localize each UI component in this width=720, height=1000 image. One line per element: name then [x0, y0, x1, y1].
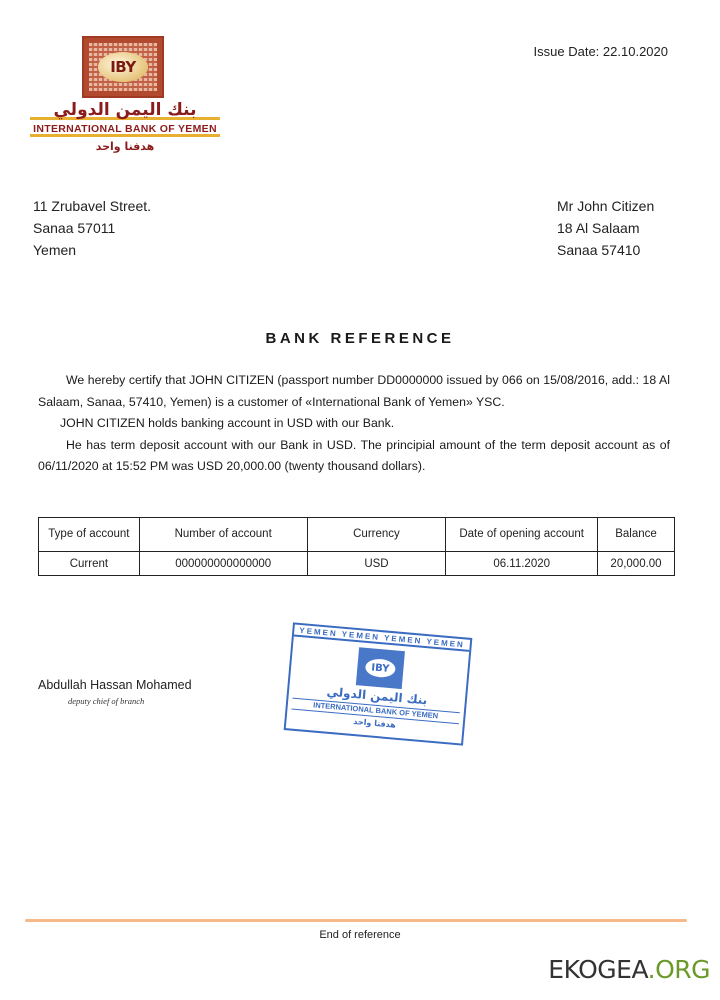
emblem-pattern: IBY — [89, 43, 157, 91]
table-row: Current 000000000000000 USD 06.11.2020 2… — [39, 552, 675, 576]
sender-address: 11 Zrubavel Street. Sanaa 57011 Yemen — [33, 195, 151, 261]
document-body: We hereby certify that JOHN CITIZEN (pas… — [38, 370, 670, 478]
watermark-suffix: .ORG — [648, 955, 710, 984]
column-header: Number of account — [139, 518, 307, 552]
issue-date-label: Issue Date: — [534, 44, 600, 59]
stamp-band-text: YEMEN YEMEN YEMEN YEMEN — [294, 625, 470, 652]
table-header-row: Type of account Number of account Curren… — [39, 518, 675, 552]
column-header: Date of opening account — [446, 518, 598, 552]
bank-name-english: International Bank of Yemen — [30, 123, 220, 137]
bank-slogan: هدفنا واحد — [30, 140, 220, 154]
recipient-address-line: 18 Al Salaam — [557, 217, 654, 239]
body-paragraph: JOHN CITIZEN holds banking account in US… — [38, 413, 670, 435]
column-header: Currency — [307, 518, 446, 552]
recipient-address: Mr John Citizen 18 Al Salaam Sanaa 57410 — [557, 195, 654, 261]
issue-date: Issue Date: 22.10.2020 — [534, 44, 668, 59]
column-header: Type of account — [39, 518, 140, 552]
bank-logo: IBY بنك اليمن الدولي International Bank … — [30, 36, 220, 156]
bank-name-arabic: بنك اليمن الدولي — [30, 100, 220, 120]
bank-stamp: YEMEN YEMEN YEMEN YEMEN IBY بنك اليمن ال… — [284, 622, 473, 745]
body-paragraph: We hereby certify that JOHN CITIZEN (pas… — [38, 370, 670, 413]
account-balance: 20,000.00 — [598, 552, 675, 576]
sender-address-line: 11 Zrubavel Street. — [33, 195, 151, 217]
bank-emblem: IBY — [82, 36, 164, 98]
signatory-name: Abdullah Hassan Mohamed — [38, 678, 192, 692]
account-currency: USD — [307, 552, 446, 576]
account-opening-date: 06.11.2020 — [446, 552, 598, 576]
sender-address-line: Sanaa 57011 — [33, 217, 151, 239]
signatory-role: deputy chief of branch — [68, 696, 144, 706]
accounts-table: Type of account Number of account Curren… — [38, 517, 675, 576]
recipient-address-line: Mr John Citizen — [557, 195, 654, 217]
site-watermark: EKOGEA.ORG — [548, 955, 710, 984]
issue-date-value: 22.10.2020 — [603, 44, 668, 59]
emblem-initials: IBY — [98, 52, 148, 82]
document-title: BANK REFERENCE — [0, 330, 720, 347]
stamp-initials: IBY — [365, 658, 396, 679]
recipient-address-line: Sanaa 57410 — [557, 239, 654, 261]
watermark-prefix: EKOGEA — [548, 955, 647, 984]
sender-address-line: Yemen — [33, 239, 151, 261]
body-paragraph: He has term deposit account with our Ban… — [38, 435, 670, 478]
footer-text: End of reference — [0, 929, 720, 941]
footer-divider — [25, 919, 687, 922]
stamp-emblem: IBY — [356, 647, 405, 689]
account-type: Current — [39, 552, 140, 576]
column-header: Balance — [598, 518, 675, 552]
account-number: 000000000000000 — [139, 552, 307, 576]
